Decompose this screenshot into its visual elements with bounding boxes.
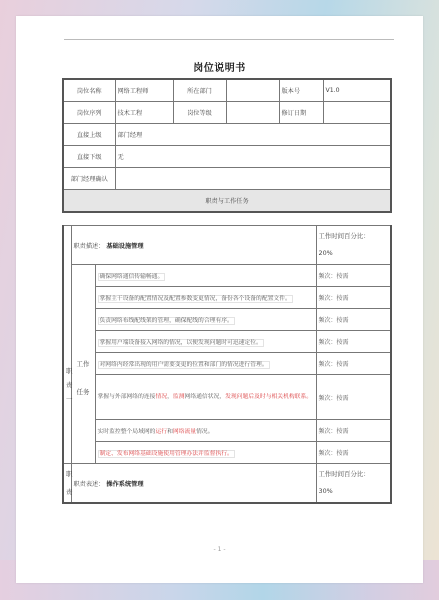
label-position-sequence: 岗位序列 (63, 102, 115, 124)
task-text: 掌握与外部网络的连接情况，监测网络通信状况，发现问题后及时与相关机构联系。 (95, 375, 316, 420)
duty2-pct-value: 30% (319, 483, 389, 500)
task-frequency: 频次：按需 (316, 375, 391, 420)
task-row: 掌握主干设备的配置情况及配置参数变更情况，备份各个设备的配置文件。 频次：按需 (63, 287, 391, 309)
task-frequency: 频次：按需 (316, 265, 391, 287)
row-manager-confirm: 部门经理确认 (63, 168, 391, 190)
task-text: 负责网络布线配线架的管理，确保配线的合理有序。 (95, 309, 316, 331)
duty1-pct-label: 工作时间百分比： (319, 228, 389, 245)
label-position-name: 岗位名称 (63, 79, 115, 102)
duty1-side-top (63, 226, 71, 265)
task-row: 制定、发布网络基础设施使用管理办法并监督执行。 频次：按需 (63, 442, 391, 464)
task-row: 掌握与外部网络的连接情况，监测网络通信状况，发现问题后及时与相关机构联系。 频次… (63, 375, 391, 420)
section-title: 职责与工作任务 (63, 190, 391, 213)
task-row: 掌握用户端设备接入网络的情况，以便发现问题时可迅速定位。 频次：按需 (63, 331, 391, 353)
value-version: V1.0 (323, 79, 391, 102)
duty2-percentage: 工作时间百分比： 30% (316, 464, 391, 504)
duty1-percentage: 工作时间百分比： 20% (316, 226, 391, 265)
task-text: 掌握用户端设备接入网络的情况，以便发现问题时可迅速定位。 (95, 331, 316, 353)
duty1-pct-value: 20% (319, 245, 389, 262)
duty1-desc-value: 基础设施管理 (106, 243, 143, 250)
duties-table: 职责描述： 基础设施管理 工作时间百分比： 20% 职 责 一 工作 任务 确保… (62, 225, 392, 504)
task-frequency: 频次：按需 (316, 309, 391, 331)
row-position-name: 岗位名称 网络工程师 所在部门 版本号 V1.0 (63, 79, 391, 102)
duty2-header-row: 职 责 职责表述： 操作系统管理 工作时间百分比： 30% (63, 464, 391, 504)
task-row: 对网络内经常出现的用户需要变更的位置和部门的情况进行管理。 频次：按需 (63, 353, 391, 375)
task-frequency: 频次：按需 (316, 420, 391, 442)
task-frequency: 频次：按需 (316, 331, 391, 353)
page-title: 岗位说明书 (16, 59, 423, 74)
duty1-description: 职责描述： 基础设施管理 (71, 226, 316, 265)
value-subordinate: 无 (115, 146, 391, 168)
row-position-sequence: 岗位序列 技术工程 岗位等级 修订日期 (63, 102, 391, 124)
label-superior: 直接上级 (63, 124, 115, 146)
value-manager-confirm (115, 168, 391, 190)
value-superior: 部门经理 (115, 124, 391, 146)
label-revision-date: 修订日期 (279, 102, 323, 124)
task-frequency: 频次：按需 (316, 353, 391, 375)
label-department: 所在部门 (173, 79, 226, 102)
duty2-desc-label: 职责表述： (74, 481, 105, 488)
duty1-desc-label: 职责描述： (74, 243, 105, 250)
task-text: 实时监控整个局域网的运行和网络流量情况。 (95, 420, 316, 442)
label-version: 版本号 (279, 79, 323, 102)
value-position-level (226, 102, 279, 124)
page-number: - 1 - (16, 546, 423, 553)
task-row: 负责网络布线配线架的管理，确保配线的合理有序。 频次：按需 (63, 309, 391, 331)
label-manager-confirm: 部门经理确认 (63, 168, 115, 190)
task-text: 确保网络通信传输畅通。 (95, 265, 316, 287)
task-label: 工作 任务 (71, 265, 95, 464)
task-frequency: 频次：按需 (316, 287, 391, 309)
value-department (226, 79, 279, 102)
task-text: 掌握主干设备的配置情况及配置参数变更情况，备份各个设备的配置文件。 (95, 287, 316, 309)
header-rule (64, 39, 394, 40)
duty2-side-label: 职 责 (63, 464, 71, 504)
duty1-side-label: 职 责 一 (63, 265, 71, 464)
value-position-sequence: 技术工程 (115, 102, 173, 124)
duty2-description: 职责表述： 操作系统管理 (71, 464, 316, 504)
label-subordinate: 直接下级 (63, 146, 115, 168)
duty1-header-row: 职责描述： 基础设施管理 工作时间百分比： 20% (63, 226, 391, 265)
section-header: 职责与工作任务 (63, 190, 391, 213)
value-revision-date (323, 102, 391, 124)
duty2-desc-value: 操作系统管理 (106, 481, 143, 488)
row-subordinate: 直接下级 无 (63, 146, 391, 168)
value-position-name: 网络工程师 (115, 79, 173, 102)
job-description-table: 岗位名称 网络工程师 所在部门 版本号 V1.0 岗位序列 技术工程 岗位等级 … (62, 78, 392, 213)
row-superior: 直接上级 部门经理 (63, 124, 391, 146)
task-text: 制定、发布网络基础设施使用管理办法并监督执行。 (95, 442, 316, 464)
task-text: 对网络内经常出现的用户需要变更的位置和部门的情况进行管理。 (95, 353, 316, 375)
document-page: 岗位说明书 岗位名称 网络工程师 所在部门 版本号 V1.0 岗位序列 技术工程… (16, 16, 423, 583)
label-position-level: 岗位等级 (173, 102, 226, 124)
duty2-pct-label: 工作时间百分比： (319, 466, 389, 483)
task-frequency: 频次：按需 (316, 442, 391, 464)
task-row: 职 责 一 工作 任务 确保网络通信传输畅通。 频次：按需 (63, 265, 391, 287)
task-row: 实时监控整个局域网的运行和网络流量情况。 频次：按需 (63, 420, 391, 442)
